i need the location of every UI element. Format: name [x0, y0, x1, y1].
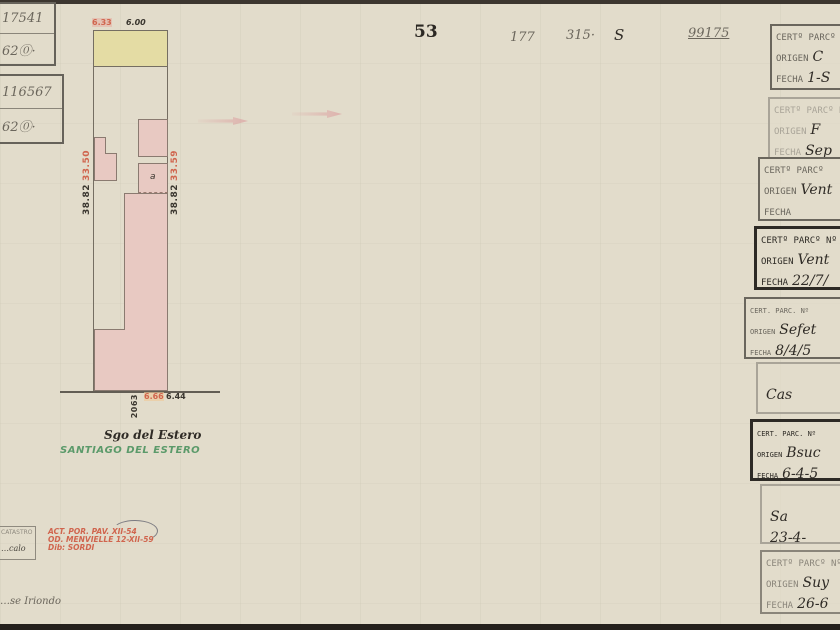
left-depth-red: 33.50	[82, 150, 92, 181]
cert-stamp-5: CERT. PARC. Nº ORIGENSefet FECHA8/4/5	[744, 297, 840, 359]
reference-1: 177	[510, 30, 535, 45]
cert-stamp-8: Sa 23-4-	[760, 484, 840, 544]
cert-stamp-4: CERTº PARCº Nº ORIGENVent FECHA22/7/	[754, 226, 840, 290]
street-frontage-line	[60, 391, 220, 393]
lot-box-2-line-3: 62⓪·	[0, 109, 62, 142]
right-depth-red: 33.59	[170, 150, 180, 181]
street-name-stamp: SANTIAGO DEL ESTERO	[60, 445, 200, 456]
front-width-red: 6.33	[92, 18, 112, 27]
building-rear	[94, 329, 125, 391]
cadastral-sheet: 53 177 315· S 99175 17541 - 62⓪· 116567 …	[0, 4, 840, 624]
building-main-right	[124, 193, 168, 391]
reference-4: 99175	[688, 26, 729, 41]
update-line-3: Dib: SORDI	[48, 544, 154, 552]
right-depth-black: 38.82	[170, 184, 180, 215]
parcel-outline: a	[93, 30, 168, 392]
front-width-black: 6.00	[126, 18, 146, 27]
scan-bottom-edge	[0, 624, 840, 630]
building-right-top	[138, 119, 168, 157]
building-mark: a	[150, 172, 156, 182]
lot-box-2: 116567 62⓪·	[0, 74, 64, 144]
signature: …se Iriondo	[0, 596, 61, 607]
lot-box-1-line-1: 17541	[0, 4, 54, 34]
cert-stamp-7: CERT. PARC. Nº ORIGENBsuc FECHA6-4-5	[750, 419, 840, 481]
cert-stamp-3: CERTº PARCº ORIGENVent FECHA	[758, 157, 840, 221]
left-depth-black: 38.82	[82, 184, 92, 215]
circled-annotation	[112, 520, 158, 542]
faint-arrow-2-icon	[292, 110, 342, 118]
cert-stamp-9: CERTº PARCº Nº ORIGENSuy FECHA26-6	[760, 550, 840, 614]
street-number: 2063	[130, 394, 139, 418]
lot-box-1: 17541 - 62⓪·	[0, 2, 56, 66]
building-unit-a: a	[138, 163, 168, 193]
catastro-stamp: CATASTRO …calo	[0, 526, 36, 560]
faint-arrow-1-icon	[198, 117, 248, 125]
bottom-width-red: 6.66	[144, 392, 164, 401]
lot-box-2-line-1: 116567	[0, 76, 62, 109]
cert-stamp-6: Cas	[756, 362, 840, 414]
sheet-number: 53	[414, 22, 438, 42]
building-left-step	[105, 153, 117, 181]
street-name-handwritten: Sgo del Estero	[104, 428, 201, 442]
lot-box-1-line-3: 62⓪·	[0, 34, 54, 64]
cert-stamp-2: CERTº PARCº Nº ORIGENF FECHASep	[768, 97, 840, 159]
reference-3: S	[614, 26, 624, 44]
bottom-width-black: 6.44	[166, 392, 186, 401]
reference-2: 315·	[566, 28, 595, 43]
front-yard-strip	[94, 31, 167, 67]
cert-stamp-1: CERTº PARCº Nº ORIGENC FECHA1-S	[770, 24, 840, 90]
catastro-note: …calo	[1, 544, 33, 553]
